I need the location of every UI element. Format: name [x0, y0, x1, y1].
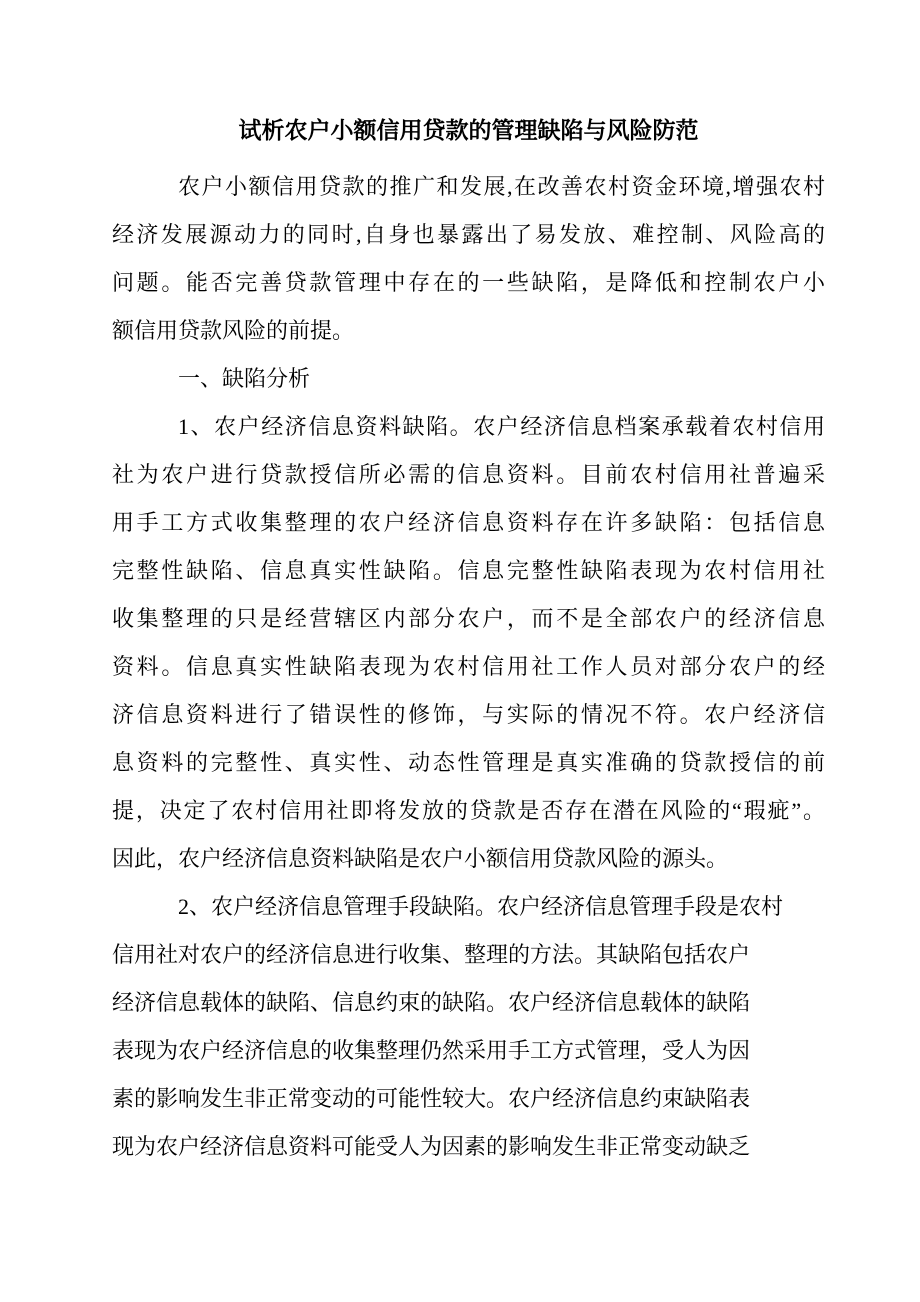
text-line: 经济信息载体的缺陷、信息约束的缺陷。农户经济信息载体的缺陷: [112, 979, 825, 1027]
text-line: 素的影响发生非正常变动的可能性较大。农户经济信息约束缺陷表: [112, 1075, 825, 1123]
text-line: 收集整理的只是经营辖区内部分农户，而不是全部农户的经济信息: [112, 595, 825, 643]
text-line: 表现为农户经济信息的收集整理仍然采用手工方式管理，受人为因: [112, 1027, 825, 1075]
text-line: 完整性缺陷、信息真实性缺陷。信息完整性缺陷表现为农村信用社: [112, 547, 825, 595]
text-line: 农户小额信用贷款的推广和发展,在改善农村资金环境,增强农村: [112, 163, 825, 211]
document-page: 试析农户小额信用贷款的管理缺陷与风险防范 农户小额信用贷款的推广和发展,在改善农…: [0, 0, 920, 1302]
text-line: 现为农户经济信息资料可能受人为因素的影响发生非正常变动缺乏: [112, 1123, 825, 1171]
text-line: 额信用贷款风险的前提。: [112, 307, 825, 355]
text-line: 提，决定了农村信用社即将发放的贷款是否存在潜在风险的“瑕疵”。: [112, 787, 825, 835]
document-title: 试析农户小额信用贷款的管理缺陷与风险防范: [112, 116, 825, 146]
text-line: 信用社对农户的经济信息进行收集、整理的方法。其缺陷包括农户: [112, 931, 825, 979]
text-line: 息资料的完整性、真实性、动态性管理是真实准确的贷款授信的前: [112, 739, 825, 787]
text-line: 经济发展源动力的同时,自身也暴露出了易发放、难控制、风险高的: [112, 211, 825, 259]
document-body: 农户小额信用贷款的推广和发展,在改善农村资金环境,增强农村 经济发展源动力的同时…: [112, 163, 825, 1171]
text-line: 用手工方式收集整理的农户经济信息资料存在许多缺陷：包括信息: [112, 499, 825, 547]
section-heading: 一、缺陷分析: [112, 355, 825, 403]
text-line: 1、农户经济信息资料缺陷。农户经济信息档案承载着农村信用: [112, 403, 825, 451]
text-line: 社为农户进行贷款授信所必需的信息资料。目前农村信用社普遍采: [112, 451, 825, 499]
text-line: 2、农户经济信息管理手段缺陷。农户经济信息管理手段是农村: [112, 883, 825, 931]
text-line: 济信息资料进行了错误性的修饰，与实际的情况不符。农户经济信: [112, 691, 825, 739]
text-line: 资料。信息真实性缺陷表现为农村信用社工作人员对部分农户的经: [112, 643, 825, 691]
text-line: 问题。能否完善贷款管理中存在的一些缺陷，是降低和控制农户小: [112, 259, 825, 307]
text-line: 因此，农户经济信息资料缺陷是农户小额信用贷款风险的源头。: [112, 835, 825, 883]
